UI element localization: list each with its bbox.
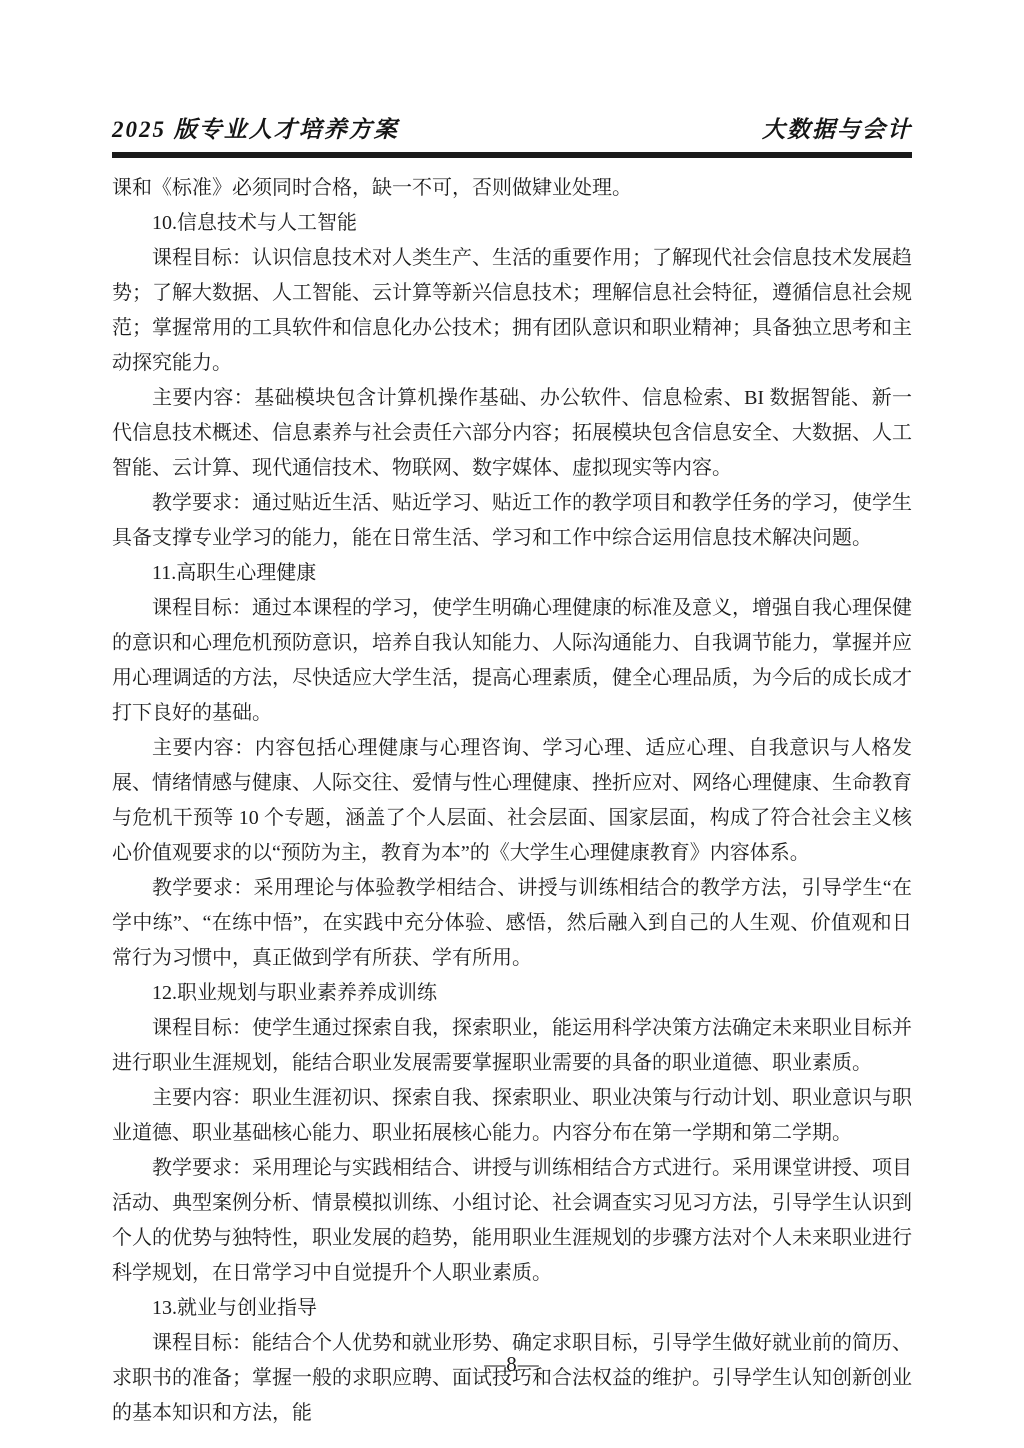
body-paragraph: 教学要求：通过贴近生活、贴近学习、贴近工作的教学项目和教学任务的学习，使学生具备…	[112, 486, 912, 556]
page-number: —8—	[484, 1352, 540, 1376]
body-paragraph: 课程目标：通过本课程的学习，使学生明确心理健康的标准及意义，增强自我心理保健的意…	[112, 591, 912, 731]
body-paragraph: 课程目标：能结合个人优势和就业形势、确定求职目标，引导学生做好就业前的简历、求职…	[112, 1326, 912, 1431]
section-heading: 12.职业规划与职业素养养成训练	[112, 976, 912, 1011]
section-heading: 13.就业与创业指导	[112, 1291, 912, 1326]
body-paragraph: 主要内容：内容包括心理健康与心理咨询、学习心理、适应心理、自我意识与人格发展、情…	[112, 731, 912, 871]
body-paragraph: 课程目标：认识信息技术对人类生产、生活的重要作用；了解现代社会信息技术发展趋势；…	[112, 241, 912, 381]
section-heading: 11.高职生心理健康	[112, 556, 912, 591]
body-paragraph: 主要内容：职业生涯初识、探索自我、探索职业、职业决策与行动计划、职业意识与职业道…	[112, 1081, 912, 1151]
header-right-title: 大数据与会计	[762, 116, 912, 144]
page-footer: —8—	[0, 1352, 1024, 1377]
section-heading: 10.信息技术与人工智能	[112, 206, 912, 241]
document-body: 课和《标准》必须同时合格，缺一不可，否则做肄业处理。10.信息技术与人工智能课程…	[112, 171, 912, 1431]
body-paragraph: 教学要求：采用理论与实践相结合、讲授与训练相结合方式进行。采用课堂讲授、项目活动…	[112, 1151, 912, 1291]
document-page: 2025 版专业人才培养方案 大数据与会计 课和《标准》必须同时合格，缺一不可，…	[0, 0, 1024, 1448]
body-paragraph: 教学要求：采用理论与体验教学相结合、讲授与训练相结合的教学方法，引导学生“在学中…	[112, 871, 912, 976]
body-paragraph: 课和《标准》必须同时合格，缺一不可，否则做肄业处理。	[112, 171, 912, 206]
page-header: 2025 版专业人才培养方案 大数据与会计	[112, 116, 912, 144]
body-paragraph: 课程目标：使学生通过探索自我，探索职业，能运用科学决策方法确定未来职业目标并进行…	[112, 1011, 912, 1081]
header-double-rule	[112, 152, 912, 158]
header-left-title: 2025 版专业人才培养方案	[112, 116, 399, 144]
body-paragraph: 主要内容：基础模块包含计算机操作基础、办公软件、信息检索、BI 数据智能、新一代…	[112, 381, 912, 486]
